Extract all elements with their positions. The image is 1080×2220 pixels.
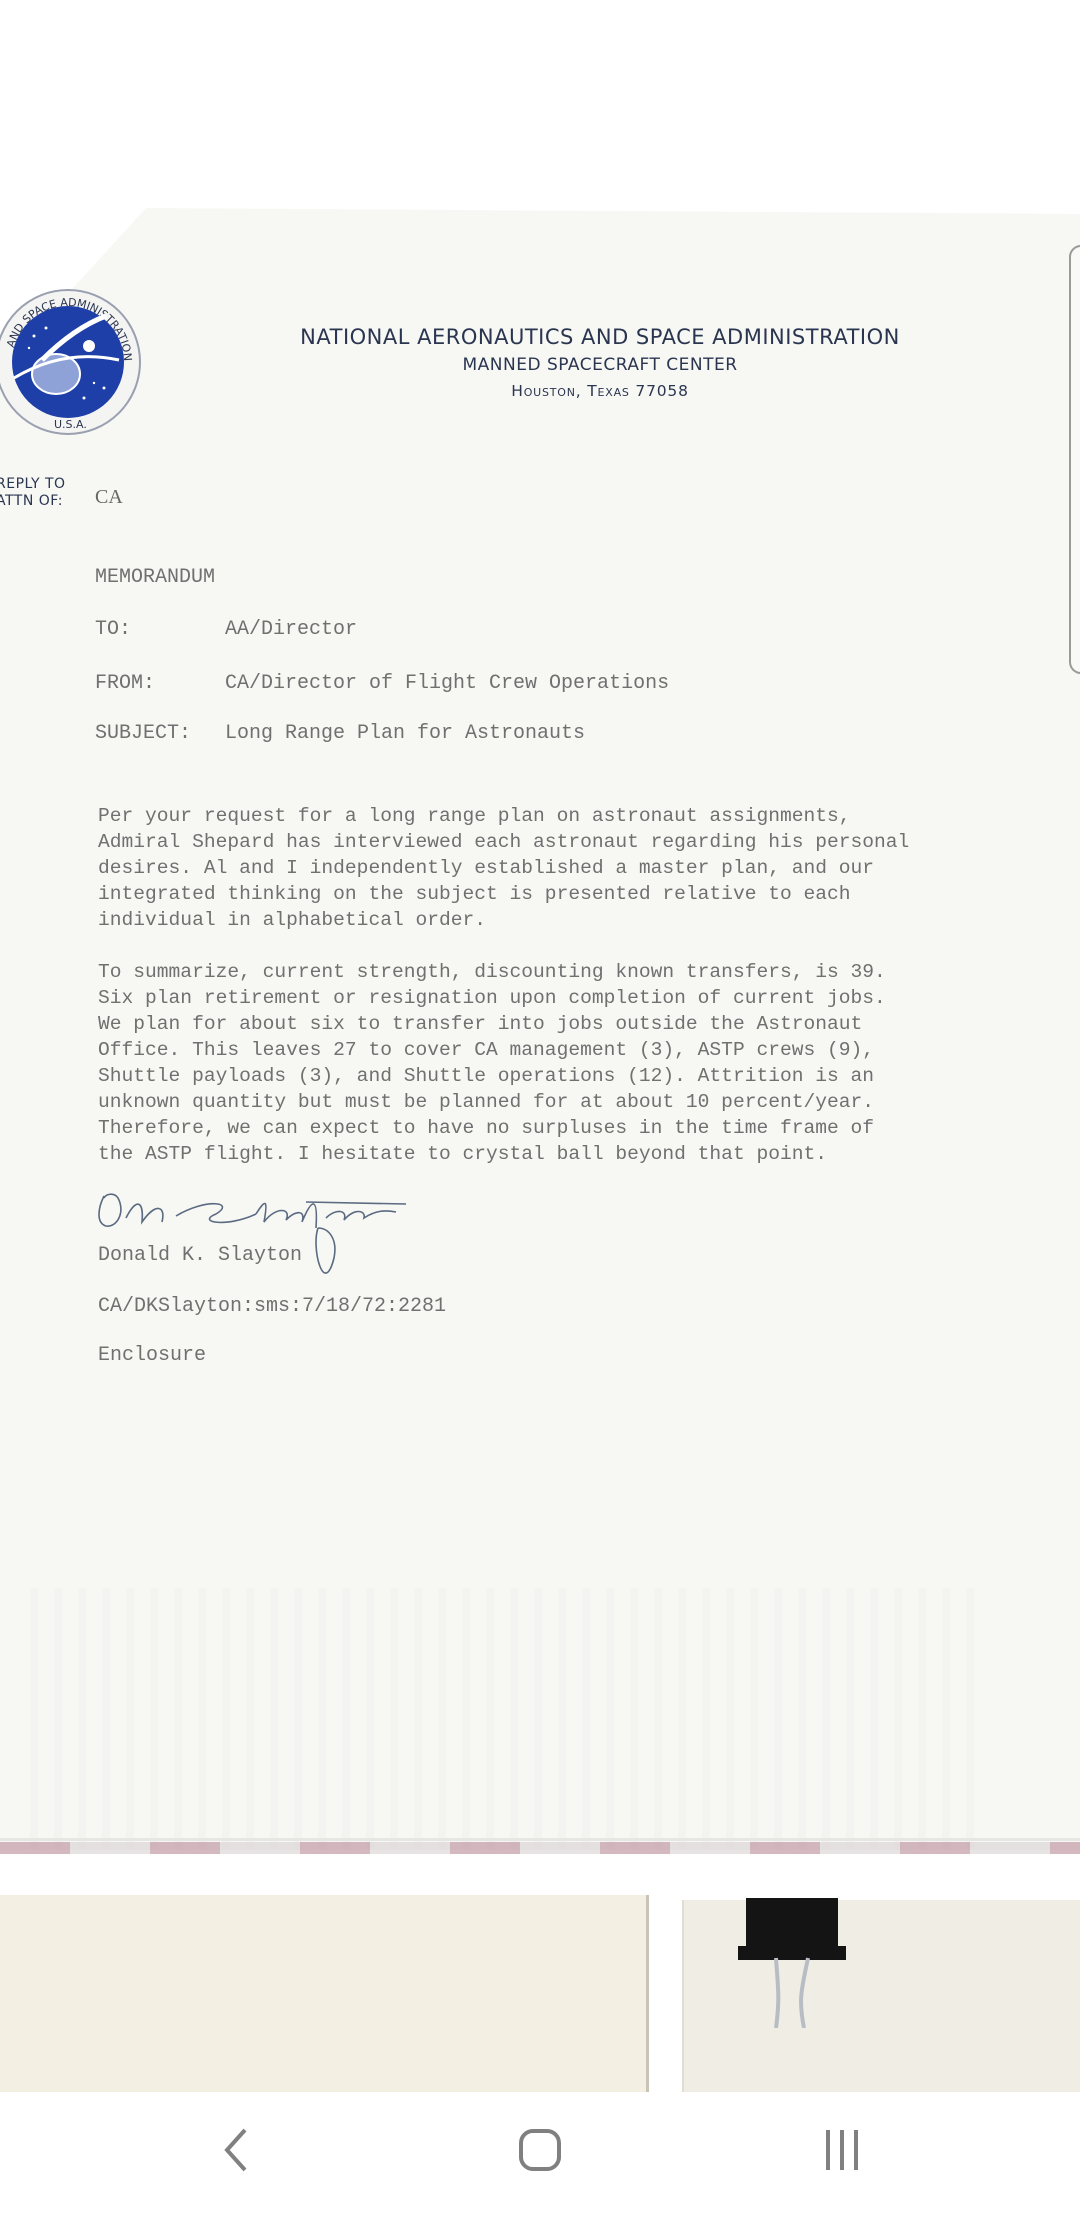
subject-label: SUBJECT:: [95, 722, 225, 745]
subject-field: SUBJECT: Long Range Plan for Astronauts: [95, 722, 585, 745]
from-label: FROM:: [95, 672, 225, 695]
body-paragraph-2: To summarize, current strength, discount…: [98, 959, 1058, 1167]
svg-text:U.S.A.: U.S.A.: [54, 418, 87, 431]
back-chevron-icon: [221, 2128, 251, 2172]
agency-name: NATIONAL AERONAUTICS AND SPACE ADMINISTR…: [200, 322, 1000, 352]
system-navigation-bar: [0, 2092, 1080, 2220]
recents-button[interactable]: [792, 2112, 892, 2188]
from-value: CA/Director of Flight Crew Operations: [225, 672, 669, 695]
page-edge-stripe: [0, 1842, 1080, 1854]
body-paragraph-1: Per your request for a long range plan o…: [98, 803, 1058, 933]
page-edge: [0, 1838, 1080, 1841]
to-label: TO:: [95, 618, 225, 641]
subject-value: Long Range Plan for Astronauts: [225, 722, 585, 745]
nasa-seal-icon: AND SPACE ADMINISTRATION U.S.A.: [0, 288, 142, 436]
center-name: MANNED SPACECRAFT CENTER: [200, 352, 1000, 378]
thumbnail-page-2[interactable]: [0, 1895, 649, 2092]
center-address: Houston, Texas 77058: [200, 378, 1000, 404]
binder-clip-icon: [736, 1898, 848, 2028]
to-value: AA/Director: [225, 618, 357, 641]
edge-panel-handle[interactable]: [1069, 245, 1080, 674]
reply-to-label: REPLY TO ATTN OF:: [0, 476, 66, 510]
reference-line: CA/DKSlayton:sms:7/18/72:2281: [98, 1295, 446, 1318]
image-viewer[interactable]: AND SPACE ADMINISTRATION U.S.A. NATIONAL…: [0, 0, 1080, 2092]
to-field: TO: AA/Director: [95, 618, 357, 641]
home-button[interactable]: [490, 2112, 590, 2188]
recents-icon: [822, 2128, 862, 2172]
thumbnail-page-3[interactable]: [682, 1900, 1080, 2092]
back-button[interactable]: [186, 2112, 286, 2188]
reply-to-value: CA: [95, 486, 123, 509]
thumbnail-strip: [0, 1895, 1080, 2092]
home-icon: [518, 2128, 562, 2172]
from-field: FROM: CA/Director of Flight Crew Operati…: [95, 672, 669, 695]
memo-title: MEMORANDUM: [95, 566, 215, 589]
signer-name: Donald K. Slayton: [98, 1244, 302, 1267]
enclosure-label: Enclosure: [98, 1344, 206, 1367]
handwritten-signature-icon: [96, 1188, 416, 1298]
letterhead: NATIONAL AERONAUTICS AND SPACE ADMINISTR…: [200, 322, 1000, 404]
